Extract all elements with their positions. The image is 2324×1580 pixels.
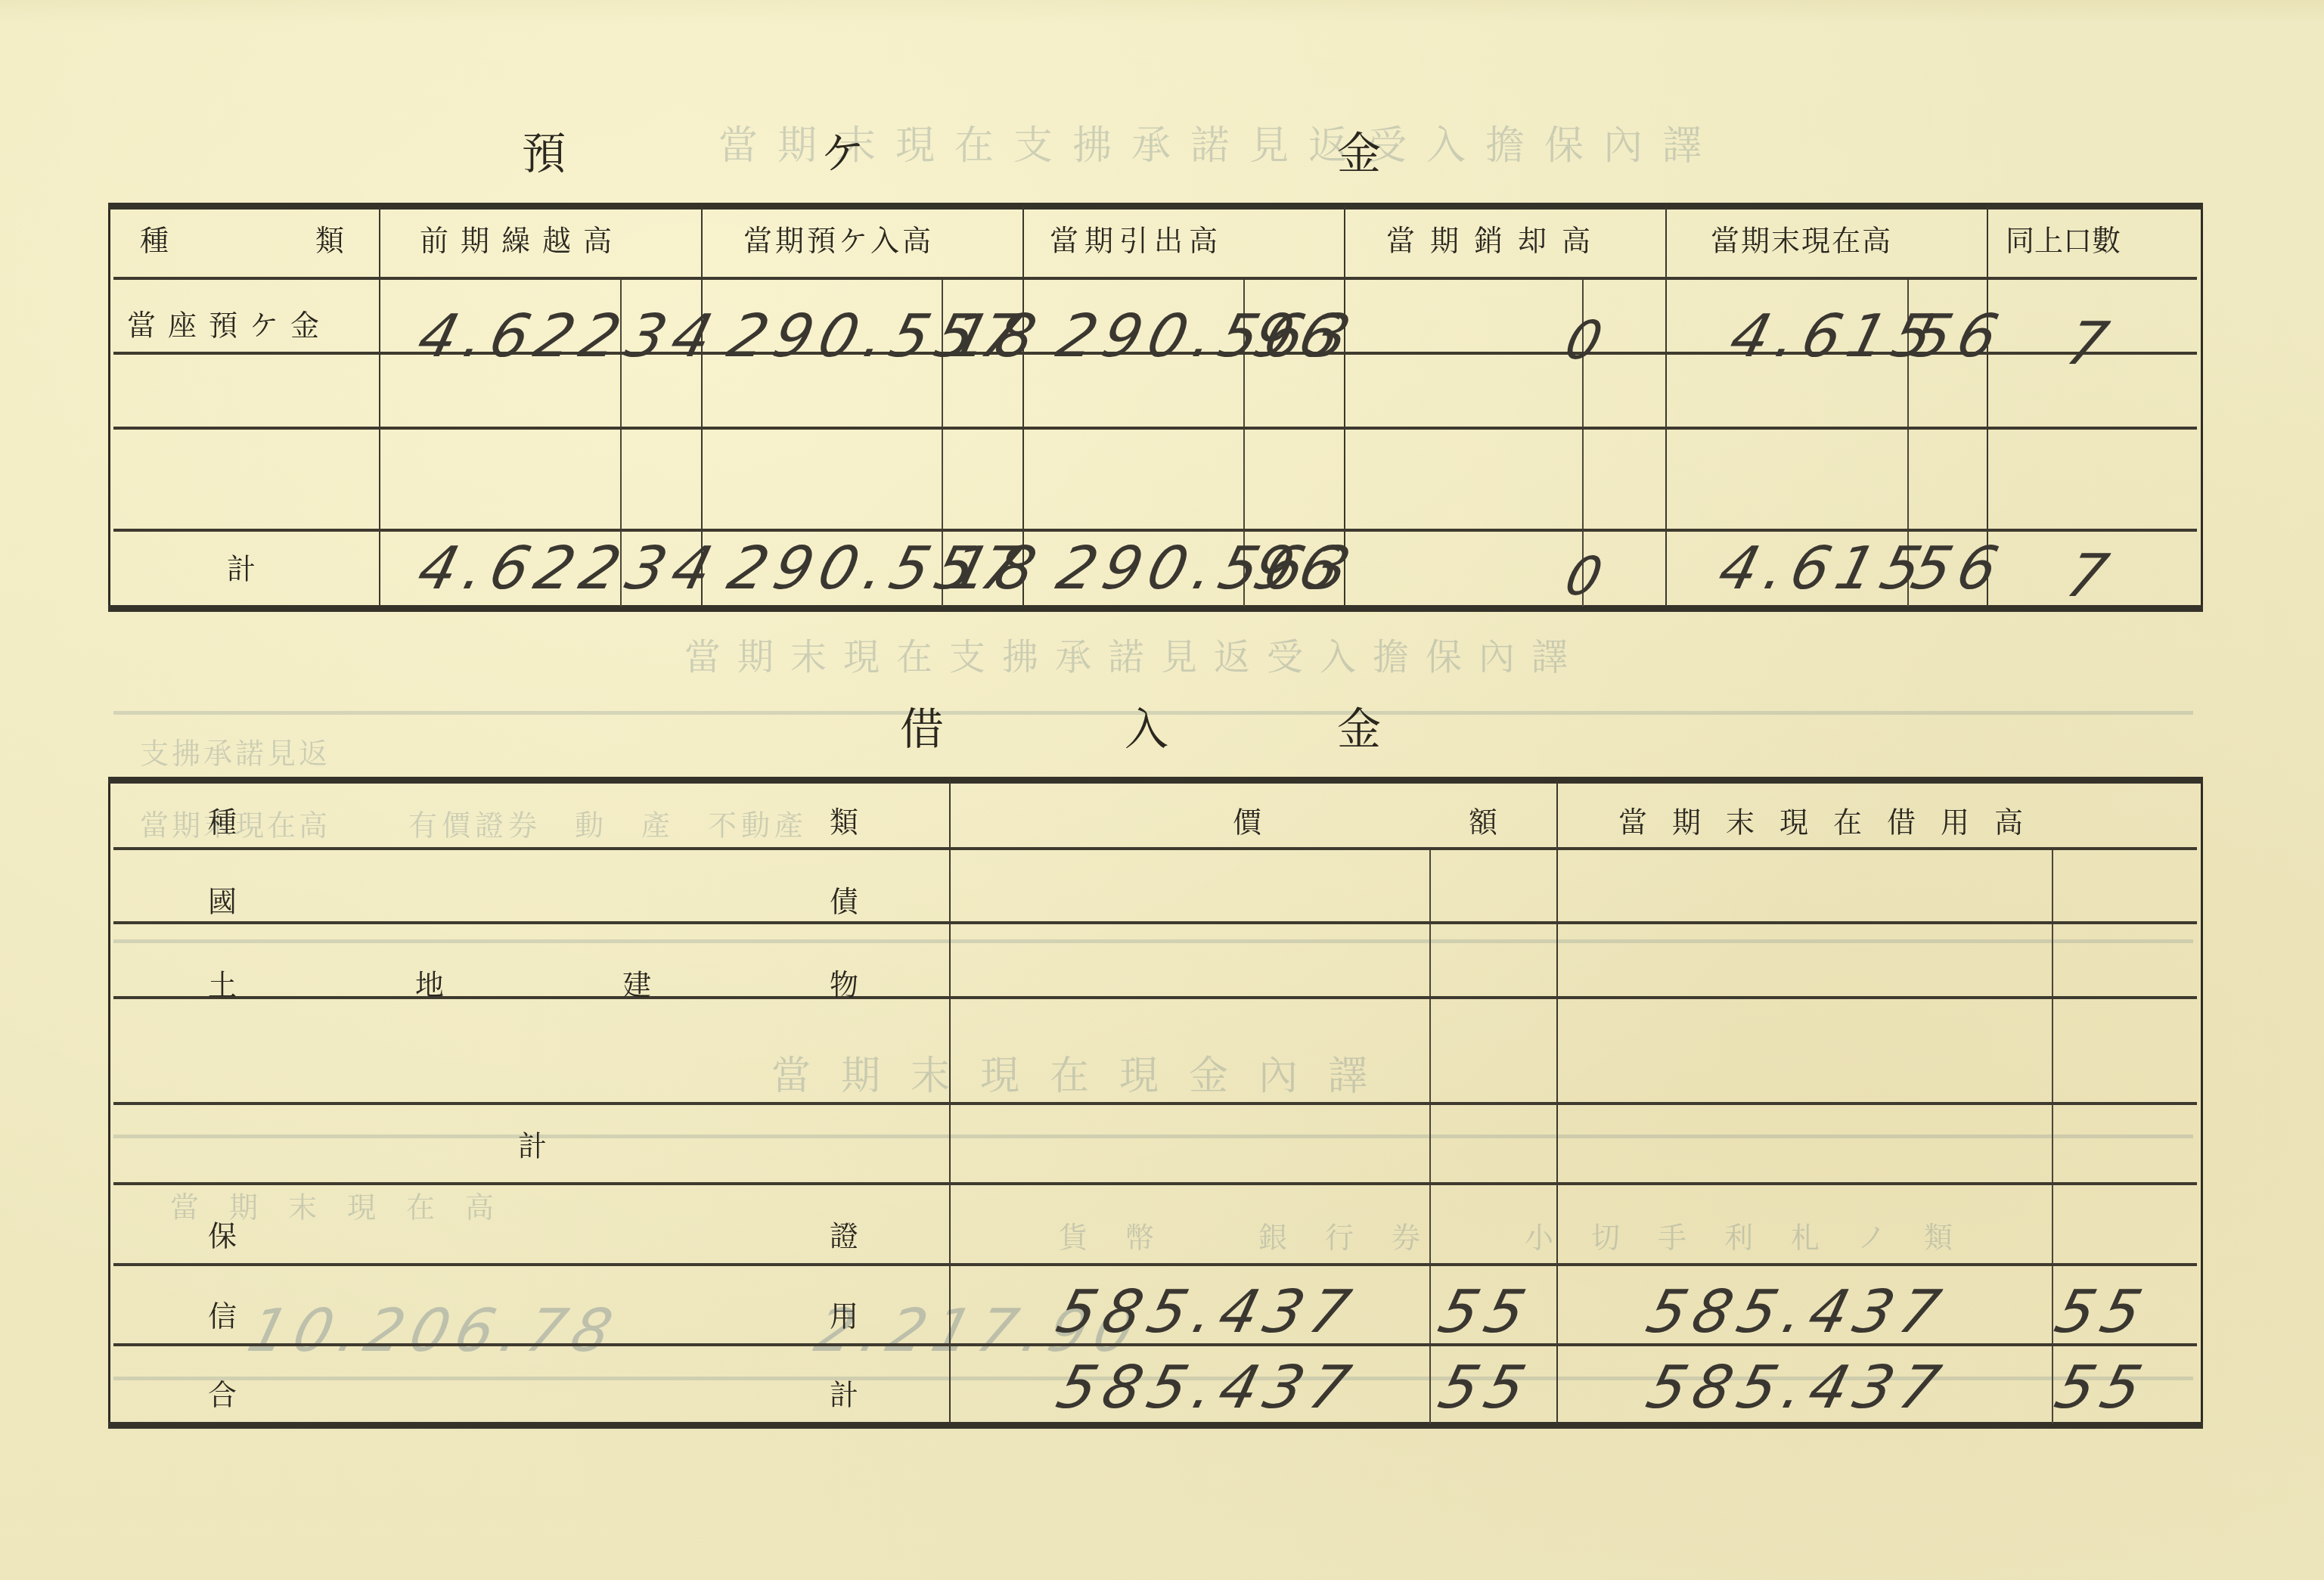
header-prev-balance: 前期繰越高 [420, 224, 624, 257]
prev-balance-sen: 34 [620, 306, 725, 367]
row-label-char: 用 [830, 1299, 858, 1333]
row-label-char: 地 [415, 968, 444, 1001]
total-out-sen: 96 [1248, 539, 1353, 599]
borrowings-title-char: 入 [1125, 706, 1168, 752]
deposits-title-char: 預 [522, 131, 566, 176]
header-type-char: 類 [830, 806, 858, 839]
deposits-title-char: 金 [1337, 131, 1381, 176]
total-prev-sen: 34 [620, 539, 725, 599]
end-balance-sen: 56 [1906, 306, 2011, 367]
row-label-char: 合 [208, 1378, 237, 1411]
row-label-char: 計 [830, 1378, 858, 1411]
sen-divider [1429, 849, 1431, 1423]
row-label-credit: 信 用 [208, 1299, 858, 1333]
row-label-char: 保 [208, 1219, 237, 1253]
total-end-yen: 4.615 [1713, 539, 1935, 599]
credit-borrowed-sen: 55 [2049, 1282, 2155, 1343]
row-label-national-bonds: 國 債 [208, 885, 858, 918]
row-rule [113, 277, 2197, 280]
withdrawals-sen: 96 [1248, 306, 1353, 367]
credit-value-yen: 585.437 [1051, 1282, 1364, 1343]
row-label-grand-total: 合 計 [208, 1378, 858, 1411]
header-withdrawals: 當期引出高 [1050, 224, 1224, 257]
row-label-guaranteed: 保 證 [208, 1219, 858, 1253]
borrowings-table-bottom-rule [108, 1422, 2203, 1429]
deposits-table-bottom-rule [108, 605, 2203, 612]
row-rule [113, 1182, 2197, 1185]
header-type-char: 種 [208, 806, 237, 839]
row-label-char: 證 [830, 1219, 858, 1253]
header-type-char: 種 [140, 224, 169, 257]
grand-total-value-yen: 585.437 [1051, 1358, 1364, 1418]
header-type-char: 類 [315, 224, 344, 257]
row-type-label: 當座預ケ金 [127, 309, 331, 342]
row-rule [113, 427, 2197, 430]
total-label: 計 [227, 552, 256, 585]
header-write-off: 當期銷却高 [1386, 224, 1606, 257]
total-prev-yen: 4.622 [412, 539, 634, 599]
header-value-char: 額 [1469, 806, 1497, 839]
prev-balance-yen: 4.622 [412, 306, 634, 367]
header-value: 價 額 [1233, 806, 1497, 839]
col-divider [379, 206, 380, 607]
row-label-char: 國 [208, 885, 237, 918]
deposits-in-sen: 18 [944, 306, 1049, 367]
deposits-title-char: ケ [821, 131, 864, 176]
borrowings-title-char: 借 [900, 706, 944, 752]
col-divider [1665, 206, 1667, 607]
row-rule [113, 529, 2197, 532]
row-rule [113, 921, 2197, 924]
header-value-char: 價 [1233, 806, 1261, 839]
row-rule [113, 1263, 2197, 1266]
row-rule [113, 1102, 2197, 1105]
borrowings-title-char: 金 [1337, 706, 1381, 752]
credit-borrowed-yen: 585.437 [1641, 1282, 1953, 1343]
grand-total-borrowed-sen: 55 [2049, 1358, 2155, 1418]
bleed-through-title-top: 當期末現在支拂承諾見返受入擔保內譯 [718, 113, 1721, 170]
deposits-table-top-rule [108, 203, 2203, 210]
row-label-char: 信 [208, 1299, 237, 1333]
row-label-char: 債 [830, 885, 858, 918]
row-label-char: 物 [830, 968, 858, 1001]
header-accounts: 同上口數 [2006, 224, 2121, 257]
grand-total-value-sen: 55 [1433, 1358, 1538, 1418]
grand-total-borrowed-yen: 585.437 [1641, 1358, 1953, 1418]
total-in-sen: 18 [944, 539, 1049, 599]
bleed-through-row-label: 支拂承諾見返 [140, 730, 330, 771]
header-type: 種 類 [208, 806, 858, 839]
credit-value-sen: 55 [1433, 1282, 1538, 1343]
header-end-balance: 當期末現在高 [1711, 224, 1892, 257]
header-deposits-in: 當期預ケ入高 [743, 224, 934, 257]
row-label-subtotal: 計 [518, 1129, 547, 1162]
header-type: 種 類 [140, 224, 344, 257]
borrowings-table-top-rule [108, 777, 2203, 784]
row-label-char: 土 [208, 968, 237, 1001]
row-label-land-buildings: 土 地 建 物 [208, 968, 858, 1001]
row-label-char: 建 [622, 968, 651, 1001]
header-end-borrowed: 當期末現在借用高 [1618, 806, 2048, 839]
row-rule [113, 847, 2197, 850]
total-end-sen: 56 [1906, 539, 2011, 599]
bleed-through-title-mid: 當期末現在支拂承諾見返受入擔保內譯 [684, 628, 1584, 680]
